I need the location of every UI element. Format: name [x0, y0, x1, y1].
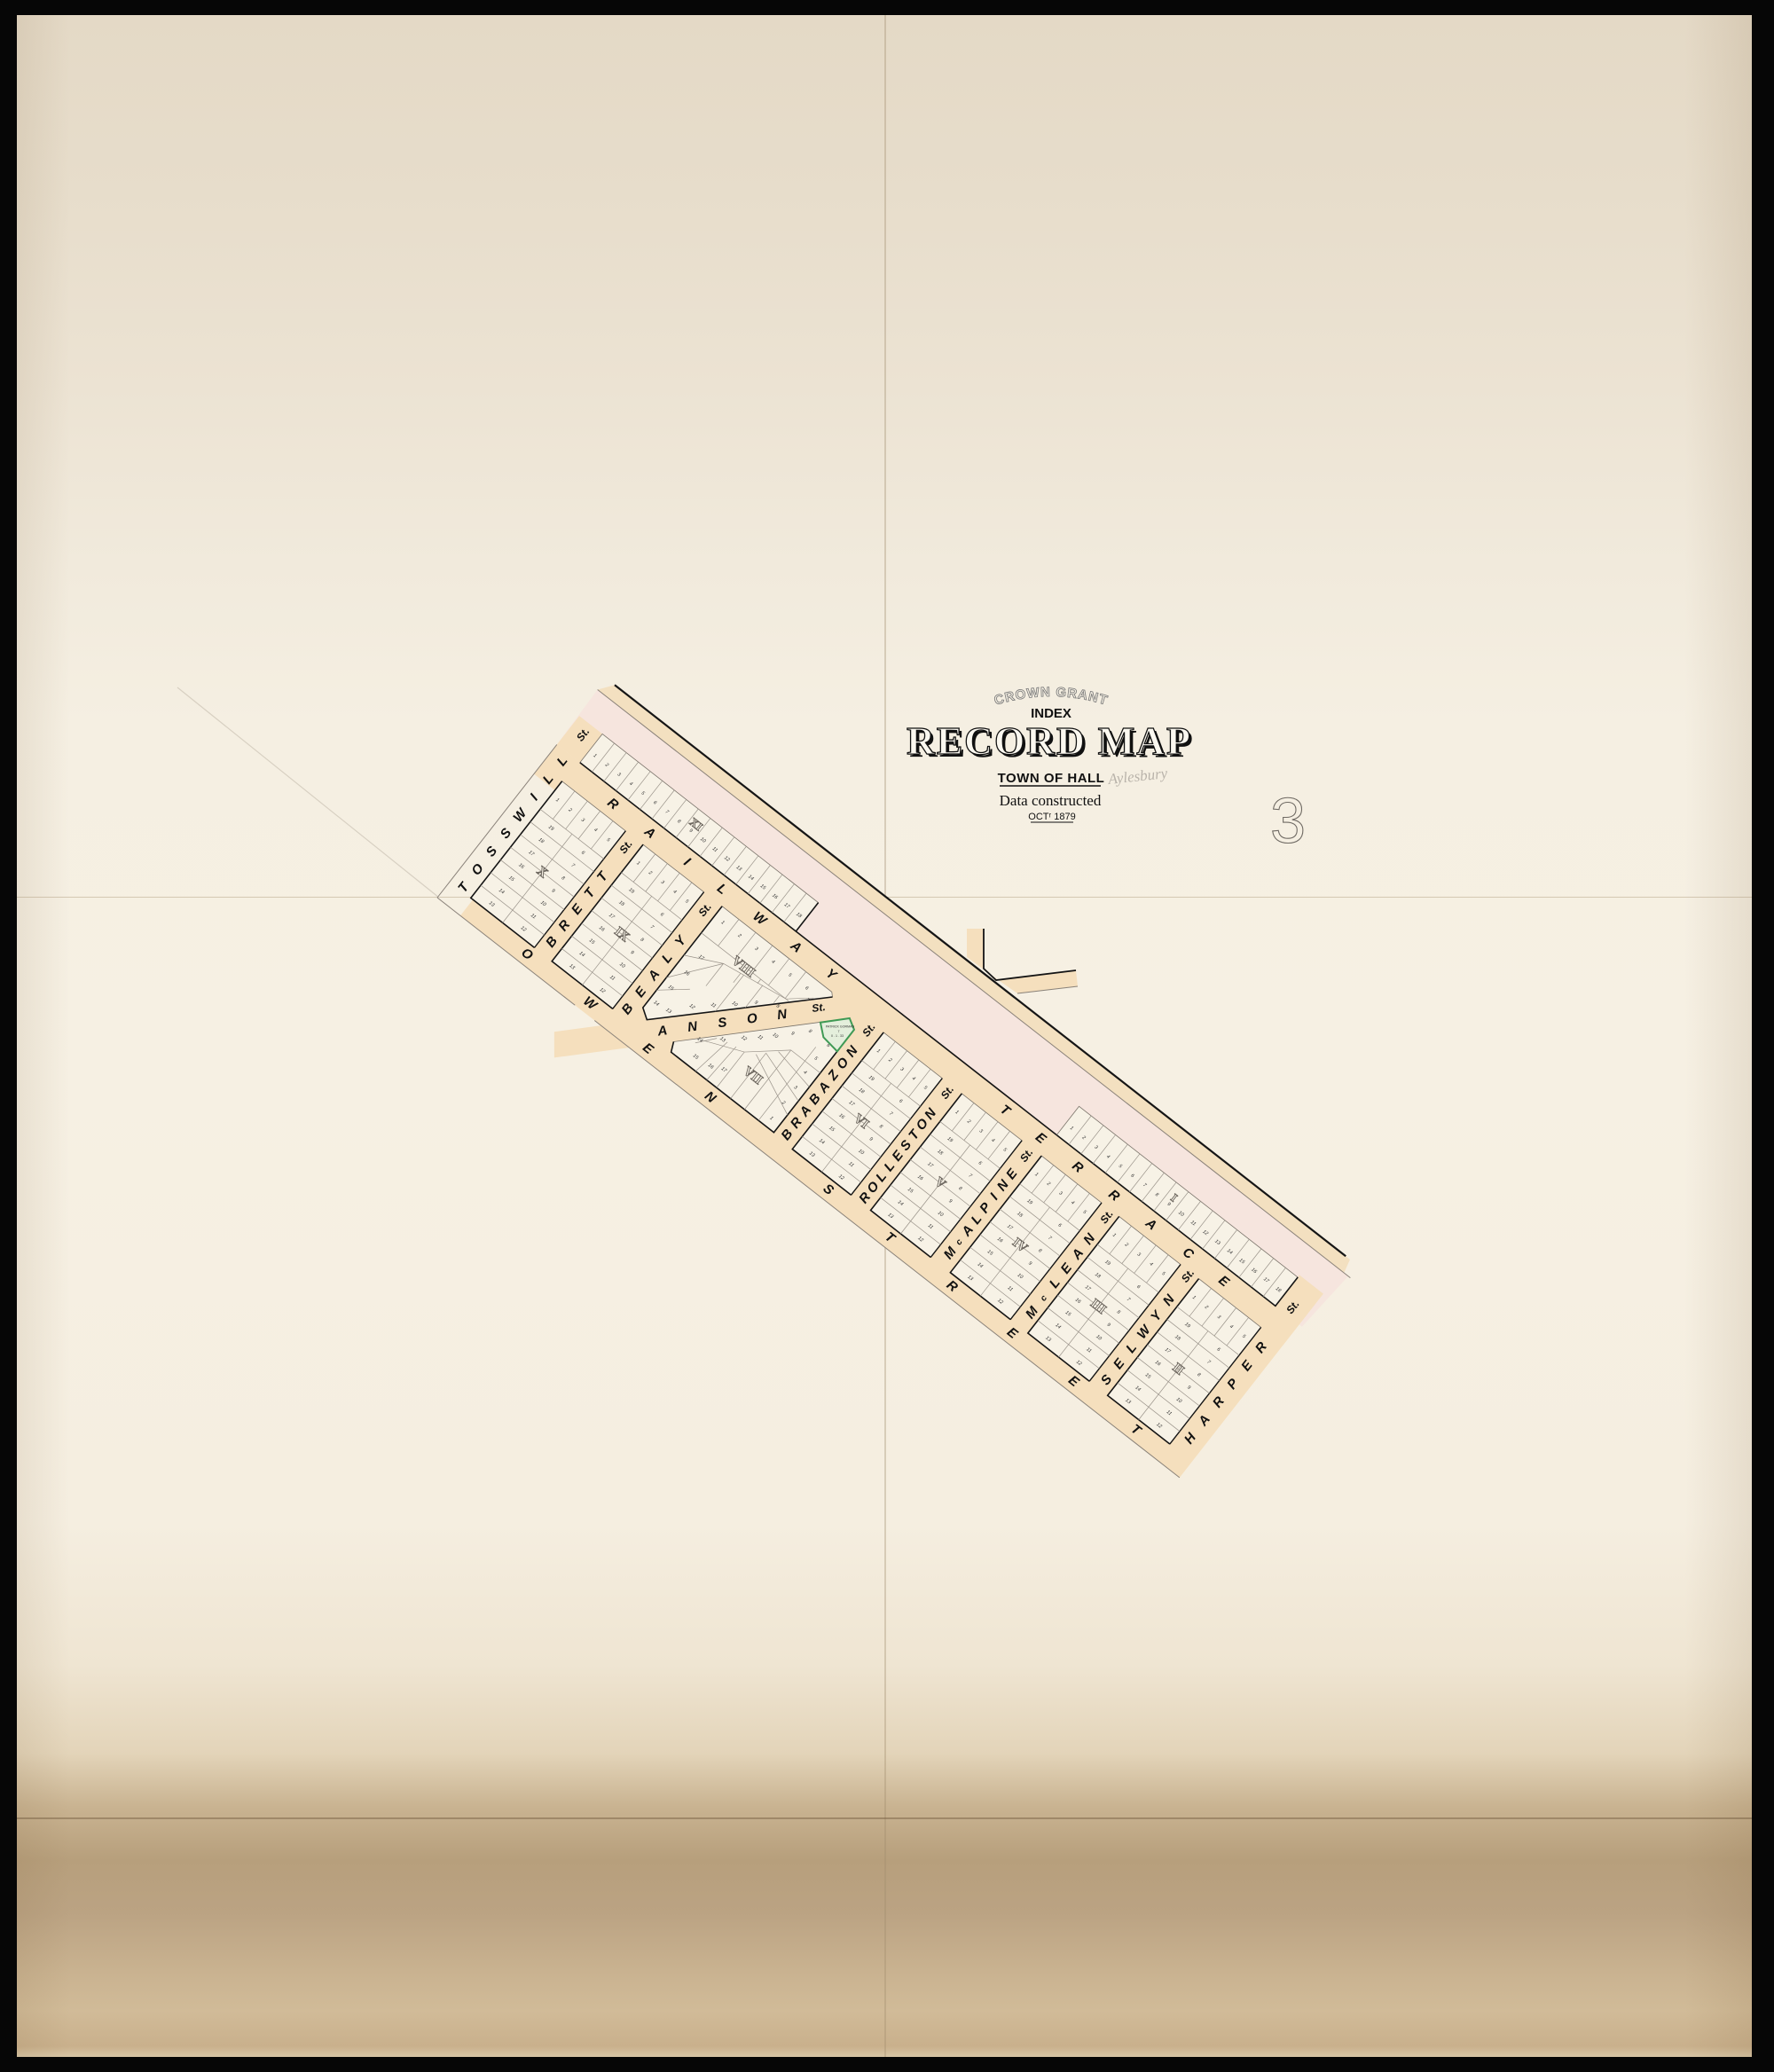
svg-text:PATRICK GORMAN: PATRICK GORMAN	[826, 1025, 855, 1029]
svg-text:0 . 1 . 33: 0 . 1 . 33	[831, 1034, 844, 1038]
svg-text:W: W	[510, 804, 530, 825]
pencil-sheet-number: 3	[1270, 786, 1306, 857]
title-date: OCTʳ 1879	[1028, 812, 1075, 822]
svg-text:S: S	[498, 826, 515, 842]
svg-text:A: A	[655, 1023, 668, 1039]
pencil-annotation-aylesbury: Aylesbury	[1106, 765, 1168, 788]
pencil-construction-line	[177, 687, 439, 898]
svg-text:O: O	[468, 860, 487, 878]
record-map-plan: 12345678910111213141516171819X1234567891…	[0, 0, 1774, 2072]
title-block: CROWN GRANT INDEX RECORD MAP RECORD MAP …	[907, 685, 1195, 822]
title-data-constructed: Data constructed	[1000, 792, 1102, 809]
svg-text:T: T	[455, 879, 473, 896]
title-town-of-hall: TOWN OF HALL	[998, 771, 1105, 786]
svg-text:I: I	[527, 790, 541, 803]
title-crown-grant: CROWN GRANT	[993, 685, 1110, 709]
svg-text:S: S	[483, 844, 501, 859]
svg-text:7: 7	[837, 1030, 839, 1033]
svg-text:St.: St.	[811, 1001, 826, 1015]
title-record-map: RECORD MAP	[907, 719, 1192, 763]
